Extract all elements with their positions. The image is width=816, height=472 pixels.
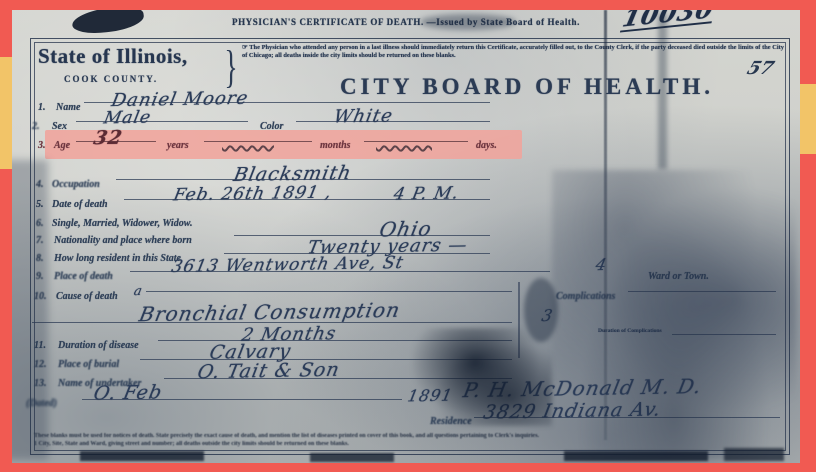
duration-complications-label: Duration of Complications bbox=[598, 328, 662, 334]
name-label: Name bbox=[56, 102, 80, 113]
duration-complications-line bbox=[672, 334, 776, 335]
field-number: 12. bbox=[34, 359, 47, 370]
place-of-death-value: 3613 Wentworth Ave, St bbox=[170, 253, 406, 277]
occupation-label: Occupation bbox=[52, 179, 100, 190]
place-of-death-label: Place of death bbox=[54, 271, 113, 282]
dated-value: O. Feb bbox=[92, 381, 165, 404]
cause-line-2 bbox=[32, 322, 512, 323]
field-number: 9. bbox=[36, 271, 44, 282]
color-line bbox=[296, 121, 490, 122]
date-of-death-label: Date of death bbox=[52, 199, 108, 210]
field-number: 7. bbox=[36, 235, 44, 246]
residence-value: 3829 Indiana Av. bbox=[482, 398, 664, 423]
years-label: years bbox=[167, 140, 189, 151]
cause-line-1 bbox=[146, 291, 512, 292]
months-label: months bbox=[320, 140, 351, 151]
undertaker-value: O. Tait & Son bbox=[196, 359, 342, 383]
footnote-line-2: 1 City, Site, State and Ward, giving str… bbox=[34, 441, 764, 449]
sex-value: Male bbox=[102, 108, 153, 129]
serial-number: 10030 bbox=[620, 10, 717, 33]
marital-label: Single, Married, Widower, Widow. bbox=[52, 218, 193, 229]
field-number: 3. bbox=[38, 140, 46, 151]
ward-label: Ward or Town. bbox=[648, 271, 709, 282]
clerk-notice: ☞ The Physician who attended any person … bbox=[242, 44, 784, 59]
field-number: 5. bbox=[36, 199, 44, 210]
state-heading: State of Illinois, bbox=[38, 44, 188, 69]
field-number: 13. bbox=[34, 378, 47, 389]
residency-label: How long resident in this State bbox=[54, 253, 181, 264]
days-label: days. bbox=[476, 140, 497, 151]
physician-signature: P. H. McDonald M. D. bbox=[461, 374, 704, 402]
page: { "document": { "serial_number": "10030"… bbox=[0, 0, 816, 472]
field-number: 11. bbox=[34, 340, 46, 351]
nationality-label: Nationality and place where born bbox=[54, 235, 192, 246]
age-value: 32 bbox=[92, 127, 125, 149]
field-number: 1. bbox=[38, 102, 46, 113]
days-squiggle bbox=[376, 131, 454, 141]
date-of-death-value: Feb. 26th 1891 , bbox=[172, 183, 334, 206]
time-of-death-value: 4 P. M. bbox=[392, 183, 461, 204]
brace-glyph: } bbox=[224, 40, 237, 93]
county-heading: COOK COUNTY. bbox=[64, 74, 158, 84]
duration-label: Duration of disease bbox=[58, 340, 139, 351]
cause-of-death-label: Cause of death bbox=[56, 291, 118, 302]
board-title: CITY BOARD OF HEALTH. bbox=[292, 74, 762, 100]
field-number: 2. bbox=[32, 121, 40, 132]
certificate-scan: PHYSICIAN'S CERTIFICATE OF DEATH. —Issue… bbox=[12, 10, 800, 463]
complications-line bbox=[628, 291, 776, 292]
color-value: White bbox=[332, 105, 395, 127]
sex-line bbox=[76, 121, 248, 122]
dated-label: (Dated) bbox=[26, 398, 57, 409]
complications-label: Complications bbox=[556, 291, 615, 302]
field-number: 8. bbox=[36, 253, 44, 264]
residence-label: Residence bbox=[430, 416, 472, 427]
field-number: 10. bbox=[34, 291, 47, 302]
footnote-line-1: These blanks must be used for notices of… bbox=[34, 433, 764, 441]
field-number: 4. bbox=[36, 179, 44, 190]
age-label: Age bbox=[54, 140, 70, 151]
dated-line bbox=[82, 399, 402, 400]
burial-label: Place of burial bbox=[58, 359, 119, 370]
field-number: 6. bbox=[36, 218, 44, 229]
months-squiggle bbox=[222, 131, 294, 141]
dated-year: 1891 bbox=[406, 386, 455, 406]
